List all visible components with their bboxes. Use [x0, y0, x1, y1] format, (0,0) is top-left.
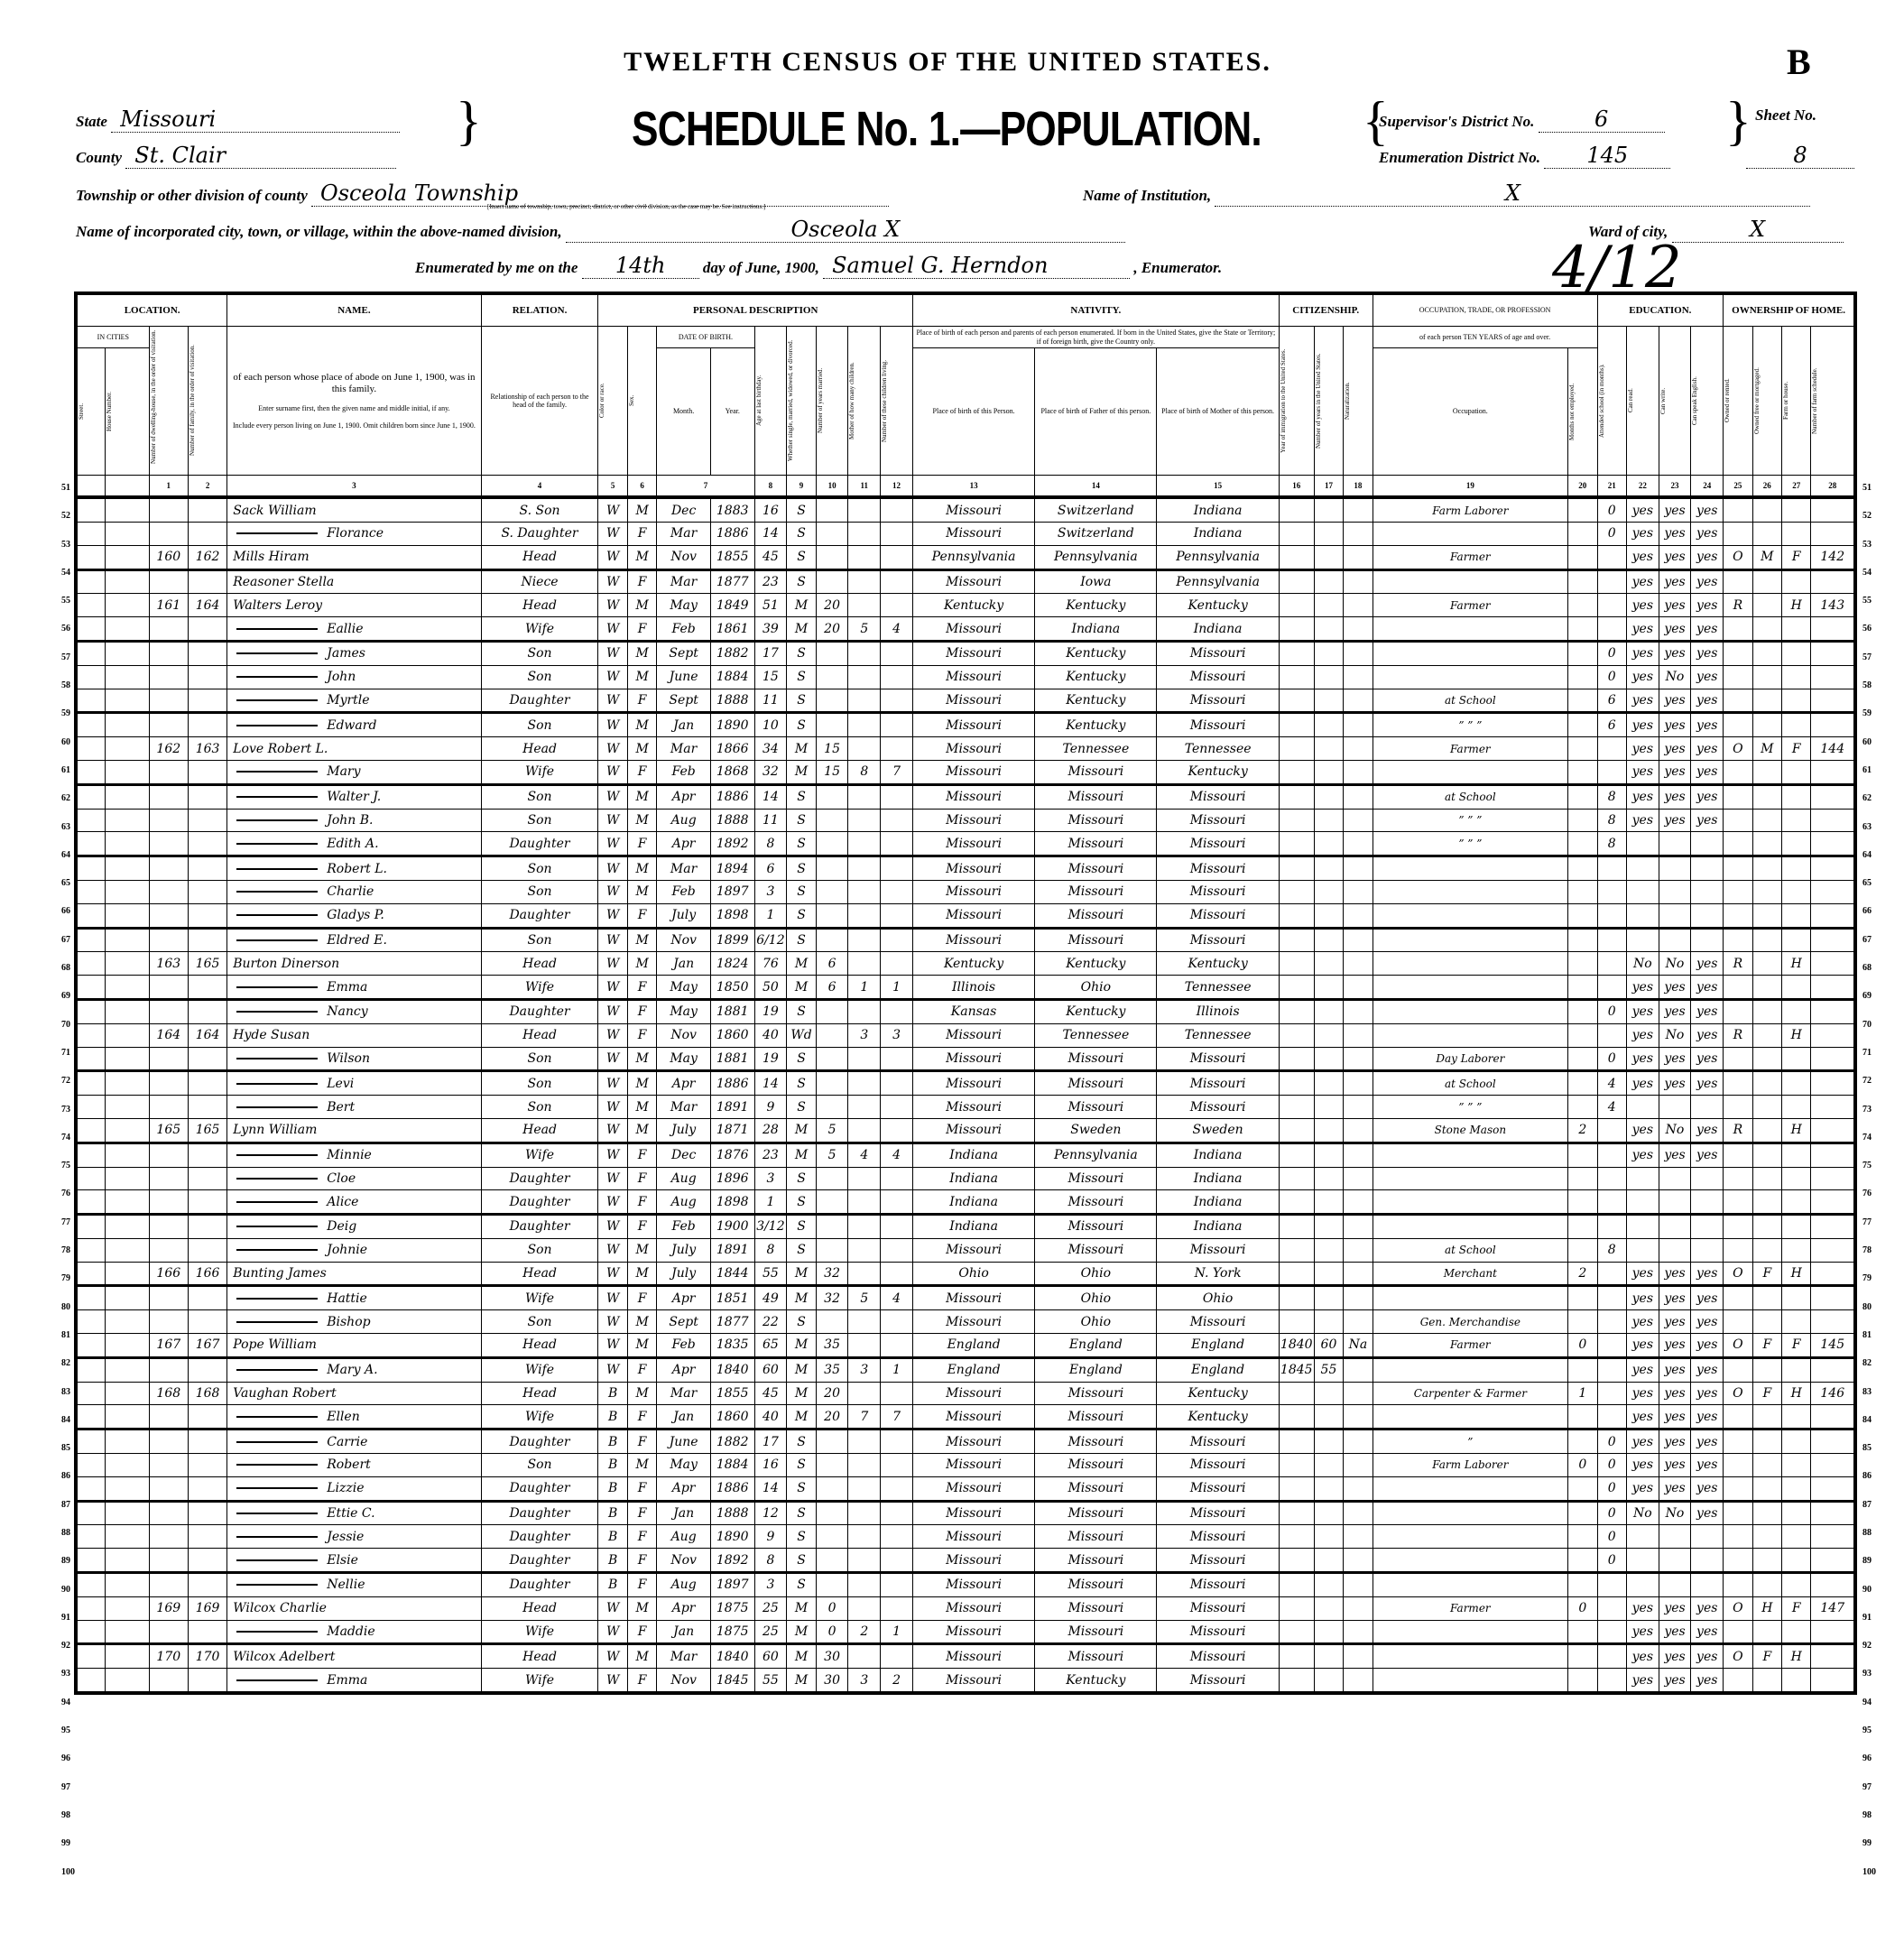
house-number-cell — [105, 1429, 149, 1454]
free-mortgaged-cell — [1752, 1096, 1781, 1119]
birth-month-cell: Sept — [657, 1310, 711, 1334]
age-cell: 49 — [754, 1286, 787, 1310]
birthplace-mother-cell: Indiana — [1157, 522, 1279, 545]
relation-cell: Daughter — [481, 1476, 598, 1501]
mother-of-cell — [848, 1047, 881, 1071]
line-number: 75 — [61, 1152, 75, 1180]
can-read-cell: yes — [1626, 1023, 1659, 1047]
can-speak-english-cell — [1691, 832, 1724, 856]
age-cell: 45 — [754, 1382, 787, 1405]
can-speak-english-cell — [1691, 1215, 1724, 1239]
birth-year-cell: 1883 — [710, 497, 754, 522]
birthplace-person-cell: Missouri — [912, 760, 1034, 784]
line-number: 85 — [1862, 1434, 1876, 1462]
can-write-cell: yes — [1659, 522, 1691, 545]
can-read-cell: yes — [1626, 1071, 1659, 1096]
sex-cell: F — [627, 1429, 656, 1454]
children-living-cell — [881, 1334, 913, 1358]
can-read-cell: yes — [1626, 594, 1659, 617]
color-cell: W — [598, 1023, 627, 1047]
person-name-cell: Emma — [227, 1669, 481, 1693]
age-cell: 3 — [754, 1167, 787, 1190]
birth-year-cell: 1881 — [710, 1047, 754, 1071]
sex-cell: F — [627, 1190, 656, 1215]
months-unemployed-cell — [1568, 903, 1597, 928]
farm-house-cell — [1782, 1620, 1811, 1644]
immigration-year-cell — [1279, 832, 1314, 856]
attended-school-cell — [1597, 1143, 1626, 1167]
attended-school-cell — [1597, 1573, 1626, 1597]
line-number: 59 — [61, 699, 75, 727]
attended-school-cell: 0 — [1597, 665, 1626, 689]
age-cell: 16 — [754, 1454, 787, 1477]
years-married-cell — [816, 1549, 848, 1573]
marital-status-cell: S — [787, 641, 816, 665]
can-write-cell — [1659, 1167, 1691, 1190]
marital-status-cell: S — [787, 1310, 816, 1334]
immigration-year-cell — [1279, 497, 1314, 522]
marital-status-cell: S — [787, 522, 816, 545]
can-speak-english-cell: yes — [1691, 665, 1724, 689]
years-married-cell — [816, 641, 848, 665]
line-number: 95 — [1862, 1716, 1876, 1744]
age-cell: 25 — [754, 1620, 787, 1644]
street-cell — [76, 545, 105, 569]
dwelling-number-cell: 170 — [149, 1644, 188, 1669]
line-number: 75 — [1862, 1152, 1876, 1180]
age-cell: 3 — [754, 1573, 787, 1597]
sex-cell: F — [627, 1501, 656, 1525]
header-relation: RELATION. — [481, 293, 598, 327]
age-cell: 23 — [754, 1143, 787, 1167]
marital-status-cell: Wd — [787, 1023, 816, 1047]
relation-cell: Wife — [481, 1286, 598, 1310]
immigration-year-cell — [1279, 1382, 1314, 1405]
farm-schedule-cell: 146 — [1811, 1382, 1855, 1405]
birthplace-mother-cell: Kentucky — [1157, 594, 1279, 617]
birth-month-cell: Apr — [657, 832, 711, 856]
line-number: 82 — [61, 1349, 75, 1377]
color-cell: W — [598, 1262, 627, 1286]
sex-cell: M — [627, 1644, 656, 1669]
years-married-cell: 0 — [816, 1596, 848, 1620]
occupation-cell — [1373, 617, 1567, 642]
line-number: 52 — [1862, 502, 1876, 530]
owned-rented-cell — [1724, 1071, 1752, 1096]
house-number-cell — [105, 1405, 149, 1429]
birthplace-father-cell: Tennessee — [1035, 737, 1157, 761]
street-cell — [76, 594, 105, 617]
table-row: EmmaWifeWFMay185050M611IllinoisOhioTenne… — [76, 976, 1855, 1000]
naturalization-cell — [1344, 713, 1373, 737]
birthplace-person-cell: Missouri — [912, 903, 1034, 928]
street-cell — [76, 1596, 105, 1620]
birth-year-cell: 1894 — [710, 856, 754, 881]
farm-house-cell: H — [1782, 1644, 1811, 1669]
line-number: 92 — [61, 1632, 75, 1660]
birthplace-person-cell: Indiana — [912, 1167, 1034, 1190]
attended-school-cell: 0 — [1597, 1454, 1626, 1477]
birthplace-mother-cell: Missouri — [1157, 784, 1279, 809]
can-write-cell: yes — [1659, 713, 1691, 737]
farm-house-cell — [1782, 856, 1811, 881]
attended-school-cell: 8 — [1597, 784, 1626, 809]
farm-schedule-cell — [1811, 1143, 1855, 1167]
family-number-cell — [188, 1357, 226, 1382]
mother-of-cell — [848, 1525, 881, 1549]
years-married-cell: 32 — [816, 1286, 848, 1310]
table-row: BishopSonWMSept187722SMissouriOhioMissou… — [76, 1310, 1855, 1334]
farm-schedule-cell — [1811, 522, 1855, 545]
free-mortgaged-cell — [1752, 760, 1781, 784]
mother-of-cell — [848, 1476, 881, 1501]
header-month: Month. — [657, 348, 711, 476]
months-unemployed-cell — [1568, 1644, 1597, 1669]
attended-school-cell — [1597, 1023, 1626, 1047]
person-name-cell: Cloe — [227, 1167, 481, 1190]
enumeration-field: Enumerated by me on the 14th day of June… — [415, 253, 1222, 279]
free-mortgaged-cell — [1752, 880, 1781, 903]
occupation-cell — [1373, 522, 1567, 545]
naturalization-cell — [1344, 1620, 1373, 1644]
mother-of-cell — [848, 1262, 881, 1286]
can-read-cell: yes — [1626, 617, 1659, 642]
sex-cell: M — [627, 809, 656, 832]
owned-rented-cell: O — [1724, 1334, 1752, 1358]
header-age: Age at last birthday. — [755, 338, 763, 464]
street-cell — [76, 976, 105, 1000]
can-speak-english-cell — [1691, 880, 1724, 903]
person-name-cell: John B. — [227, 809, 481, 832]
owned-rented-cell: O — [1724, 1262, 1752, 1286]
age-cell: 39 — [754, 617, 787, 642]
birth-month-cell: Aug — [657, 1190, 711, 1215]
farm-schedule-cell — [1811, 1454, 1855, 1477]
supervisor-field: Supervisor's District No. 6 — [1379, 106, 1665, 133]
dwelling-number-cell — [149, 713, 188, 737]
family-number-cell: 162 — [188, 545, 226, 569]
mother-of-cell — [848, 1573, 881, 1597]
free-mortgaged-cell — [1752, 1501, 1781, 1525]
form-letter: B — [1787, 41, 1811, 83]
children-living-cell — [881, 1262, 913, 1286]
farm-house-cell: F — [1782, 1596, 1811, 1620]
free-mortgaged-cell — [1752, 952, 1781, 976]
children-living-cell — [881, 1118, 913, 1143]
table-row: CarrieDaughterBFJune188217SMissouriMisso… — [76, 1429, 1855, 1454]
birth-year-cell: 1890 — [710, 713, 754, 737]
months-unemployed-cell: 0 — [1568, 1596, 1597, 1620]
column-number: 2 — [188, 476, 226, 498]
attended-school-cell: 8 — [1597, 1238, 1626, 1262]
color-cell: W — [598, 1190, 627, 1215]
free-mortgaged-cell — [1752, 1071, 1781, 1096]
occupation-cell — [1373, 1405, 1567, 1429]
house-number-cell — [105, 713, 149, 737]
months-unemployed-cell: 1 — [1568, 1382, 1597, 1405]
relation-cell: Daughter — [481, 1501, 598, 1525]
attended-school-cell — [1597, 1357, 1626, 1382]
birthplace-person-cell: Illinois — [912, 976, 1034, 1000]
line-number: 65 — [1862, 869, 1876, 897]
sex-cell: M — [627, 713, 656, 737]
can-speak-english-cell: yes — [1691, 1357, 1724, 1382]
line-number: 92 — [1862, 1632, 1876, 1660]
years-in-us-cell — [1314, 1382, 1343, 1405]
years-in-us-cell — [1314, 1573, 1343, 1597]
free-mortgaged-cell — [1752, 1669, 1781, 1693]
house-number-cell — [105, 1023, 149, 1047]
years-married-cell: 20 — [816, 1405, 848, 1429]
family-number-cell: 164 — [188, 594, 226, 617]
header-free-mortgaged: Owned free or mortgaged. — [1753, 338, 1761, 464]
months-unemployed-cell — [1568, 1215, 1597, 1239]
house-number-cell — [105, 1167, 149, 1190]
birthplace-father-cell: Kentucky — [1035, 952, 1157, 976]
farm-schedule-cell — [1811, 1405, 1855, 1429]
table-row: EllenWifeBFJan186040M2077MissouriMissour… — [76, 1405, 1855, 1429]
header-birth-mother: Place of birth of Mother of this person. — [1157, 348, 1279, 476]
farm-schedule-cell — [1811, 1286, 1855, 1310]
children-living-cell: 1 — [881, 976, 913, 1000]
attended-school-cell: 0 — [1597, 497, 1626, 522]
children-living-cell — [881, 903, 913, 928]
marital-status-cell: S — [787, 809, 816, 832]
can-read-cell: yes — [1626, 1669, 1659, 1693]
children-living-cell — [881, 713, 913, 737]
can-speak-english-cell: yes — [1691, 569, 1724, 594]
color-cell: B — [598, 1549, 627, 1573]
children-living-cell — [881, 1501, 913, 1525]
children-living-cell — [881, 569, 913, 594]
birthplace-father-cell: Missouri — [1035, 1071, 1157, 1096]
sex-cell: F — [627, 999, 656, 1023]
person-name-cell: Wilcox Charlie — [227, 1596, 481, 1620]
person-name-cell: Florance — [227, 522, 481, 545]
color-cell: W — [598, 737, 627, 761]
years-in-us-cell — [1314, 594, 1343, 617]
birth-year-cell: 1851 — [710, 1286, 754, 1310]
column-number: 15 — [1157, 476, 1279, 498]
line-number: 79 — [1862, 1264, 1876, 1292]
house-number-cell — [105, 999, 149, 1023]
birthplace-person-cell: Missouri — [912, 497, 1034, 522]
can-speak-english-cell — [1691, 1525, 1724, 1549]
children-living-cell: 2 — [881, 1669, 913, 1693]
family-number-cell — [188, 1429, 226, 1454]
mother-of-cell — [848, 1382, 881, 1405]
age-cell: 19 — [754, 1047, 787, 1071]
owned-rented-cell: R — [1724, 1023, 1752, 1047]
years-in-us-cell — [1314, 809, 1343, 832]
header-date-of-birth: DATE OF BIRTH. — [657, 327, 754, 348]
birthplace-mother-cell: Pennsylvania — [1157, 569, 1279, 594]
attended-school-cell: 6 — [1597, 689, 1626, 713]
age-cell: 28 — [754, 1118, 787, 1143]
birth-year-cell: 1860 — [710, 1023, 754, 1047]
house-number-cell — [105, 641, 149, 665]
table-row: NellieDaughterBFAug18973SMissouriMissour… — [76, 1573, 1855, 1597]
street-cell — [76, 1454, 105, 1477]
mother-of-cell: 3 — [848, 1357, 881, 1382]
line-number: 57 — [61, 643, 75, 671]
birthplace-father-cell: Missouri — [1035, 880, 1157, 903]
years-in-us-cell — [1314, 928, 1343, 952]
line-number: 93 — [61, 1660, 75, 1688]
line-number: 76 — [1862, 1180, 1876, 1207]
birthplace-father-cell: Kentucky — [1035, 1669, 1157, 1693]
age-cell: 65 — [754, 1334, 787, 1358]
birthplace-mother-cell: Tennessee — [1157, 976, 1279, 1000]
line-number: 70 — [61, 1011, 75, 1039]
age-cell: 14 — [754, 784, 787, 809]
schedule-title: SCHEDULE No. 1.—POPULATION. — [632, 101, 1262, 157]
birthplace-mother-cell: Missouri — [1157, 928, 1279, 952]
naturalization-cell — [1344, 594, 1373, 617]
birthplace-mother-cell: Indiana — [1157, 497, 1279, 522]
street-cell — [76, 760, 105, 784]
family-number-cell — [188, 1573, 226, 1597]
color-cell: W — [598, 1286, 627, 1310]
months-unemployed-cell — [1568, 1620, 1597, 1644]
family-number-cell — [188, 856, 226, 881]
birthplace-father-cell: Pennsylvania — [1035, 1143, 1157, 1167]
birthplace-person-cell: Missouri — [912, 1238, 1034, 1262]
dwelling-number-cell — [149, 1167, 188, 1190]
sex-cell: M — [627, 1454, 656, 1477]
mother-of-cell — [848, 689, 881, 713]
children-living-cell — [881, 737, 913, 761]
owned-rented-cell — [1724, 1357, 1752, 1382]
attended-school-cell: 4 — [1597, 1071, 1626, 1096]
can-write-cell: yes — [1659, 569, 1691, 594]
immigration-year-cell — [1279, 1023, 1314, 1047]
table-row: BertSonWMMar18919SMissouriMissouriMissou… — [76, 1096, 1855, 1119]
color-cell: W — [598, 497, 627, 522]
attended-school-cell — [1597, 856, 1626, 881]
line-number: 72 — [1862, 1067, 1876, 1095]
header-months-unemployed: Months not employed. — [1568, 362, 1576, 461]
owned-rented-cell — [1724, 1096, 1752, 1119]
immigration-year-cell — [1279, 1620, 1314, 1644]
state-field: State Missouri — [76, 106, 400, 133]
birth-month-cell: Nov — [657, 545, 711, 569]
line-number: 73 — [61, 1096, 75, 1124]
header-occupation-description: of each person TEN YEARS of age and over… — [1373, 327, 1597, 348]
owned-rented-cell: O — [1724, 1596, 1752, 1620]
can-speak-english-cell — [1691, 1238, 1724, 1262]
house-number-cell — [105, 952, 149, 976]
birth-month-cell: Mar — [657, 1644, 711, 1669]
farm-schedule-cell — [1811, 1644, 1855, 1669]
family-number-cell — [188, 1405, 226, 1429]
farm-house-cell — [1782, 1405, 1811, 1429]
years-married-cell — [816, 784, 848, 809]
can-write-cell: No — [1659, 665, 1691, 689]
birthplace-person-cell: Ohio — [912, 1262, 1034, 1286]
months-unemployed-cell — [1568, 594, 1597, 617]
free-mortgaged-cell — [1752, 784, 1781, 809]
can-write-cell — [1659, 1215, 1691, 1239]
birthplace-person-cell: Indiana — [912, 1190, 1034, 1215]
header-ownership: OWNERSHIP OF HOME. — [1724, 293, 1855, 327]
color-cell: W — [598, 1357, 627, 1382]
table-row: 166166Bunting JamesHeadWMJuly184455M32Oh… — [76, 1262, 1855, 1286]
owned-rented-cell — [1724, 641, 1752, 665]
line-number: 55 — [1862, 587, 1876, 615]
line-number: 86 — [61, 1462, 75, 1490]
farm-schedule-cell — [1811, 1023, 1855, 1047]
column-number: 10 — [816, 476, 848, 498]
dwelling-number-cell: 166 — [149, 1262, 188, 1286]
relation-cell: Daughter — [481, 1215, 598, 1239]
marital-status-cell: S — [787, 665, 816, 689]
line-number: 98 — [61, 1801, 75, 1829]
owned-rented-cell — [1724, 1310, 1752, 1334]
owned-rented-cell — [1724, 1286, 1752, 1310]
attended-school-cell — [1597, 1167, 1626, 1190]
years-married-cell — [816, 1023, 848, 1047]
birth-year-cell: 1875 — [710, 1596, 754, 1620]
sex-cell: F — [627, 1525, 656, 1549]
can-speak-english-cell: yes — [1691, 1071, 1724, 1096]
mother-of-cell: 2 — [848, 1620, 881, 1644]
farm-house-cell — [1782, 784, 1811, 809]
street-cell — [76, 1405, 105, 1429]
naturalization-cell — [1344, 1047, 1373, 1071]
birthplace-person-cell: Missouri — [912, 1071, 1034, 1096]
years-in-us-cell — [1314, 1620, 1343, 1644]
relation-cell: Son — [481, 1071, 598, 1096]
dwelling-number-cell — [149, 1286, 188, 1310]
street-cell — [76, 1047, 105, 1071]
farm-house-cell: H — [1782, 1382, 1811, 1405]
can-speak-english-cell — [1691, 1549, 1724, 1573]
line-number: 66 — [61, 897, 75, 925]
mother-of-cell — [848, 569, 881, 594]
attended-school-cell — [1597, 594, 1626, 617]
birthplace-father-cell: Missouri — [1035, 1096, 1157, 1119]
occupation-cell — [1373, 1143, 1567, 1167]
immigration-year-cell: 1845 — [1279, 1357, 1314, 1382]
attended-school-cell — [1597, 976, 1626, 1000]
birthplace-person-cell: Missouri — [912, 1501, 1034, 1525]
header-birth-person: Place of birth of this Person. — [912, 348, 1034, 476]
birthplace-father-cell: Indiana — [1035, 617, 1157, 642]
birth-month-cell: June — [657, 665, 711, 689]
color-cell: B — [598, 1454, 627, 1477]
table-row: Mary A.WifeWFApr184060M3531EnglandEnglan… — [76, 1357, 1855, 1382]
can-write-cell: yes — [1659, 737, 1691, 761]
house-number-cell — [105, 569, 149, 594]
color-cell: W — [598, 832, 627, 856]
dwelling-number-cell — [149, 1525, 188, 1549]
birth-month-cell: July — [657, 903, 711, 928]
header-mother-of: Mother of how many children. — [848, 338, 855, 464]
years-in-us-cell — [1314, 1238, 1343, 1262]
mother-of-cell: 7 — [848, 1405, 881, 1429]
farm-house-cell — [1782, 1429, 1811, 1454]
color-cell: W — [598, 617, 627, 642]
line-number: 64 — [61, 841, 75, 869]
naturalization-cell — [1344, 1071, 1373, 1096]
birthplace-father-cell: Switzerland — [1035, 497, 1157, 522]
table-row: CloeDaughterWFAug18963SIndianaMissouriIn… — [76, 1167, 1855, 1190]
line-number: 81 — [61, 1321, 75, 1349]
farm-schedule-cell — [1811, 880, 1855, 903]
immigration-year-cell — [1279, 1143, 1314, 1167]
years-in-us-cell — [1314, 497, 1343, 522]
